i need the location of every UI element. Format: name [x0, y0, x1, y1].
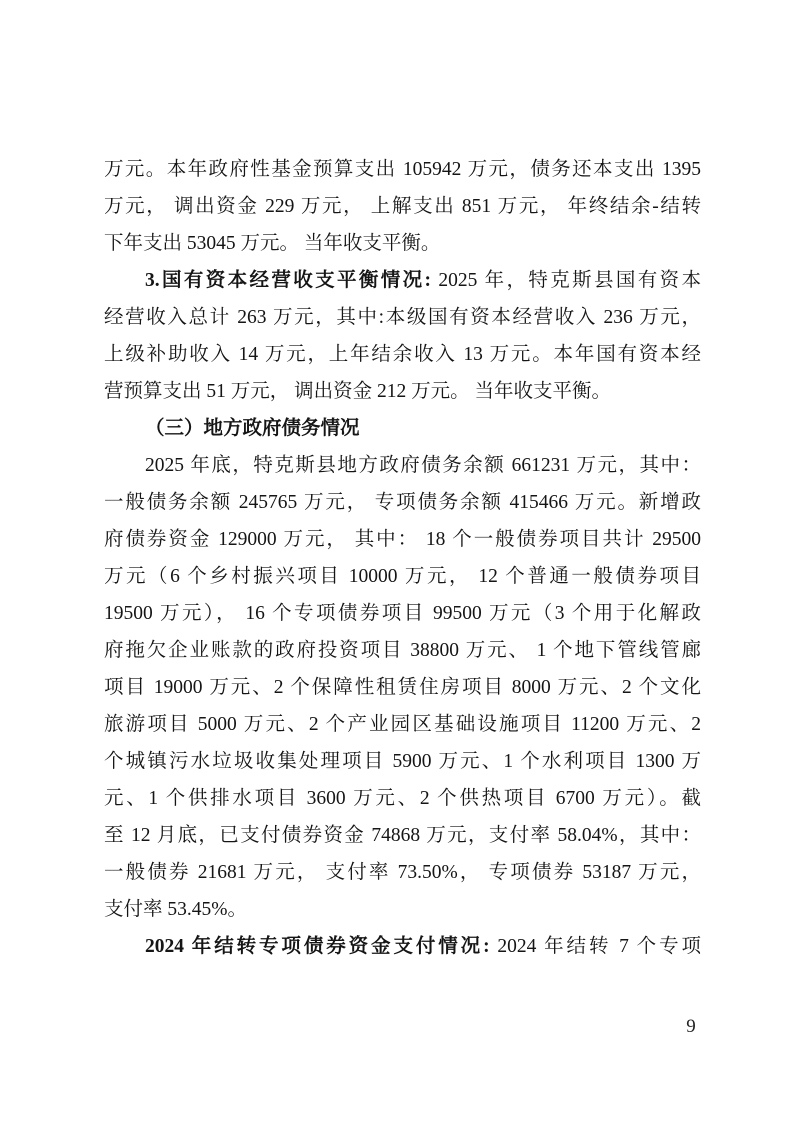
- text-line: 一般债务余额 245765 万元， 专项债务余额 415466 万元。新增政: [104, 484, 701, 521]
- text-run: 个城镇污水垃圾收集处理项目 5900 万元、1 个水利项目 1300 万: [104, 751, 701, 772]
- page-number: 9: [676, 1012, 706, 1042]
- text-line: 3.国有资本经营收支平衡情况: 2025 年，特克斯县国有资本: [104, 262, 701, 299]
- bold-run-section-heading: 3.国有资本经营收支平衡情况:: [145, 270, 431, 291]
- document-page: 万元。本年政府性基金预算支出 105942 万元，债务还本支出 1395 万元，…: [0, 0, 793, 1122]
- text-line: 万元。本年政府性基金预算支出 105942 万元，债务还本支出 1395: [104, 151, 701, 188]
- text-run: 一般债务余额 245765 万元， 专项债务余额 415466 万元。新增政: [104, 492, 701, 513]
- document-text-block: 万元。本年政府性基金预算支出 105942 万元，债务还本支出 1395 万元，…: [104, 151, 701, 965]
- text-run: 旅游项目 5000 万元、2 个产业园区基础设施项目 11200 万元、2: [104, 714, 701, 735]
- text-run: 元、1 个供排水项目 3600 万元、2 个供热项目 6700 万元）。截: [104, 788, 701, 809]
- text-run: 至 12 月底，已支付债券资金 74868 万元，支付率 58.04%，其中：: [104, 825, 701, 846]
- text-run: 支付率 53.45%。: [104, 899, 247, 920]
- text-line: 经营收入总计 263 万元，其中:本级国有资本经营收入 236 万元，: [104, 299, 701, 336]
- text-line: 19500 万元）， 16 个专项债券项目 99500 万元（3 个用于化解政: [104, 595, 701, 632]
- text-run: 下年支出 53045 万元。 当年收支平衡。: [104, 233, 440, 254]
- text-run: 2025 年底，特克斯县地方政府债务余额 661231 万元，其中：: [145, 455, 701, 476]
- text-line: 2024 年结转专项债券资金支付情况: 2024 年结转 7 个专项: [104, 928, 701, 965]
- bold-run-section-heading: （三）地方政府债务情况: [145, 418, 360, 439]
- text-line: 2025 年底，特克斯县地方政府债务余额 661231 万元，其中：: [104, 447, 701, 484]
- text-line: 万元， 调出资金 229 万元， 上解支出 851 万元， 年终结余-结转: [104, 188, 701, 225]
- text-line: 营预算支出 51 万元， 调出资金 212 万元。 当年收支平衡。: [104, 373, 701, 410]
- text-run: 一般债券 21681 万元， 支付率 73.50%， 专项债券 53187 万元…: [104, 862, 701, 883]
- text-run: 2025 年，特克斯县国有资本: [431, 270, 701, 291]
- text-run: 府债券资金 129000 万元， 其中： 18 个一般债券项目共计 29500: [104, 529, 701, 550]
- text-line-heading: （三）地方政府债务情况: [104, 410, 701, 447]
- text-line: 上级补助收入 14 万元，上年结余收入 13 万元。本年国有资本经: [104, 336, 701, 373]
- text-line: 旅游项目 5000 万元、2 个产业园区基础设施项目 11200 万元、2: [104, 706, 701, 743]
- text-line: 万元（6 个乡村振兴项目 10000 万元， 12 个普通一般债券项目: [104, 558, 701, 595]
- text-line: 项目 19000 万元、2 个保障性租赁住房项目 8000 万元、2 个文化: [104, 669, 701, 706]
- text-run: 万元（6 个乡村振兴项目 10000 万元， 12 个普通一般债券项目: [104, 566, 701, 587]
- text-run: 万元， 调出资金 229 万元， 上解支出 851 万元， 年终结余-结转: [104, 196, 701, 217]
- text-run: 上级补助收入 14 万元，上年结余收入 13 万元。本年国有资本经: [104, 344, 701, 365]
- text-run: 万元。本年政府性基金预算支出 105942 万元，债务还本支出 1395: [104, 159, 701, 180]
- text-line: 支付率 53.45%。: [104, 891, 701, 928]
- text-line: 下年支出 53045 万元。 当年收支平衡。: [104, 225, 701, 262]
- text-line: 至 12 月底，已支付债券资金 74868 万元，支付率 58.04%，其中：: [104, 817, 701, 854]
- text-run: 府拖欠企业账款的政府投资项目 38800 万元、 1 个地下管线管廊: [104, 640, 701, 661]
- text-run: 2024 年结转 7 个专项: [490, 936, 701, 957]
- text-line: 元、1 个供排水项目 3600 万元、2 个供热项目 6700 万元）。截: [104, 780, 701, 817]
- text-line: 一般债券 21681 万元， 支付率 73.50%， 专项债券 53187 万元…: [104, 854, 701, 891]
- text-line: 府债券资金 129000 万元， 其中： 18 个一般债券项目共计 29500: [104, 521, 701, 558]
- text-run: 营预算支出 51 万元， 调出资金 212 万元。 当年收支平衡。: [104, 381, 611, 402]
- text-line: 府拖欠企业账款的政府投资项目 38800 万元、 1 个地下管线管廊: [104, 632, 701, 669]
- text-run: 经营收入总计 263 万元，其中:本级国有资本经营收入 236 万元，: [104, 307, 701, 328]
- text-run: 19500 万元）， 16 个专项债券项目 99500 万元（3 个用于化解政: [104, 603, 701, 624]
- bold-run-section-heading: 2024 年结转专项债券资金支付情况:: [145, 936, 490, 957]
- text-line: 个城镇污水垃圾收集处理项目 5900 万元、1 个水利项目 1300 万: [104, 743, 701, 780]
- text-run: 项目 19000 万元、2 个保障性租赁住房项目 8000 万元、2 个文化: [104, 677, 701, 698]
